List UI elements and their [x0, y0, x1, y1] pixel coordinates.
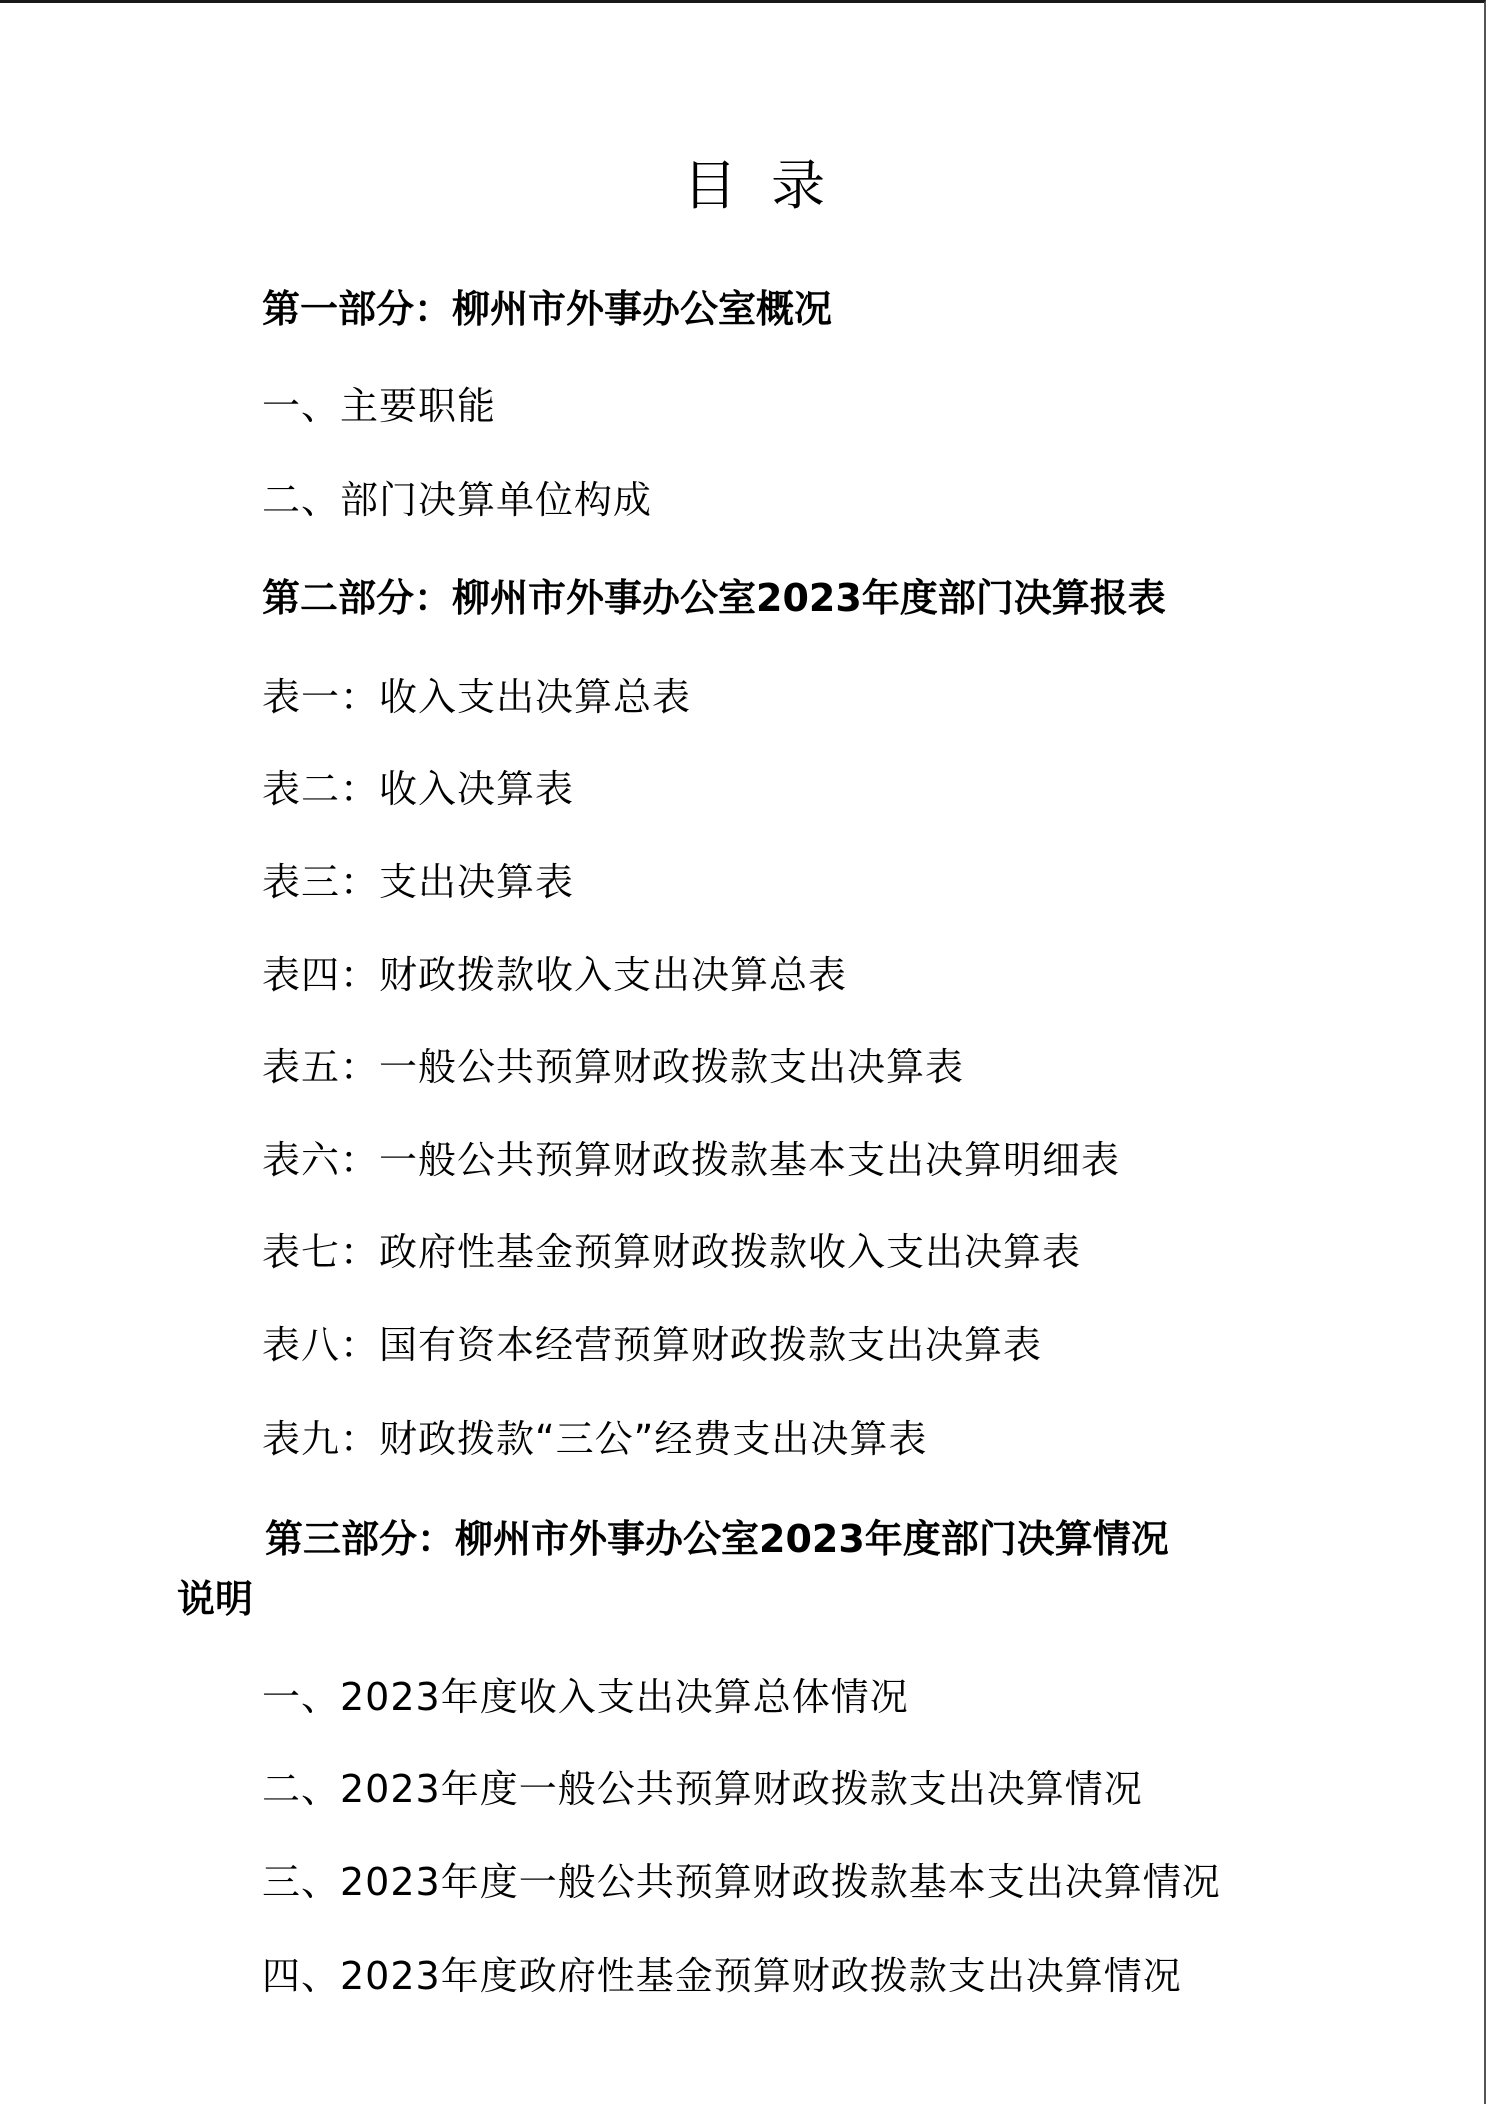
toc-item-table-6[interactable]: 表六：一般公共预算财政拨款基本支出决算明细表: [262, 1135, 1120, 1185]
toc-item-general-budget-basic-expenditure[interactable]: 三、2023年度一般公共预算财政拨款基本支出决算情况: [262, 1857, 1221, 1907]
toc-part1-heading[interactable]: 第一部分：柳州市外事办公室概况: [262, 284, 832, 334]
toc-item-general-budget-expenditure[interactable]: 二、2023年度一般公共预算财政拨款支出决算情况: [262, 1764, 1143, 1814]
document-page: 目 录 第一部分：柳州市外事办公室概况 一、主要职能 二、部门决算单位构成 第二…: [0, 0, 1486, 2104]
toc-item-table-2[interactable]: 表二：收入决算表: [262, 764, 574, 814]
toc-item-table-4[interactable]: 表四：财政拨款收入支出决算总表: [262, 950, 847, 1000]
toc-part2-heading[interactable]: 第二部分：柳州市外事办公室2023年度部门决算报表: [262, 573, 1166, 623]
toc-item-unit-composition[interactable]: 二、部门决算单位构成: [262, 475, 652, 525]
toc-item-main-functions[interactable]: 一、主要职能: [262, 381, 496, 431]
toc-item-table-5[interactable]: 表五：一般公共预算财政拨款支出决算表: [262, 1042, 964, 1092]
toc-item-overall-income-expenditure[interactable]: 一、2023年度收入支出决算总体情况: [262, 1672, 909, 1722]
toc-part3-heading[interactable]: 第三部分：柳州市外事办公室2023年度部门决算情况 说明: [177, 1509, 1197, 1629]
toc-item-table-1[interactable]: 表一：收入支出决算总表: [262, 672, 691, 722]
toc-item-government-fund-expenditure[interactable]: 四、2023年度政府性基金预算财政拨款支出决算情况: [262, 1951, 1182, 2001]
toc-part3-heading-line1: 第三部分：柳州市外事办公室2023年度部门决算情况: [177, 1509, 1197, 1569]
toc-item-table-7[interactable]: 表七：政府性基金预算财政拨款收入支出决算表: [262, 1227, 1081, 1277]
toc-item-table-8[interactable]: 表八：国有资本经营预算财政拨款支出决算表: [262, 1320, 1042, 1370]
toc-item-table-9[interactable]: 表九：财政拨款“三公”经费支出决算表: [262, 1414, 927, 1464]
toc-title: 目 录: [0, 151, 1488, 221]
toc-part3-heading-line2: 说明: [177, 1569, 1197, 1629]
toc-item-table-3[interactable]: 表三：支出决算表: [262, 857, 574, 907]
